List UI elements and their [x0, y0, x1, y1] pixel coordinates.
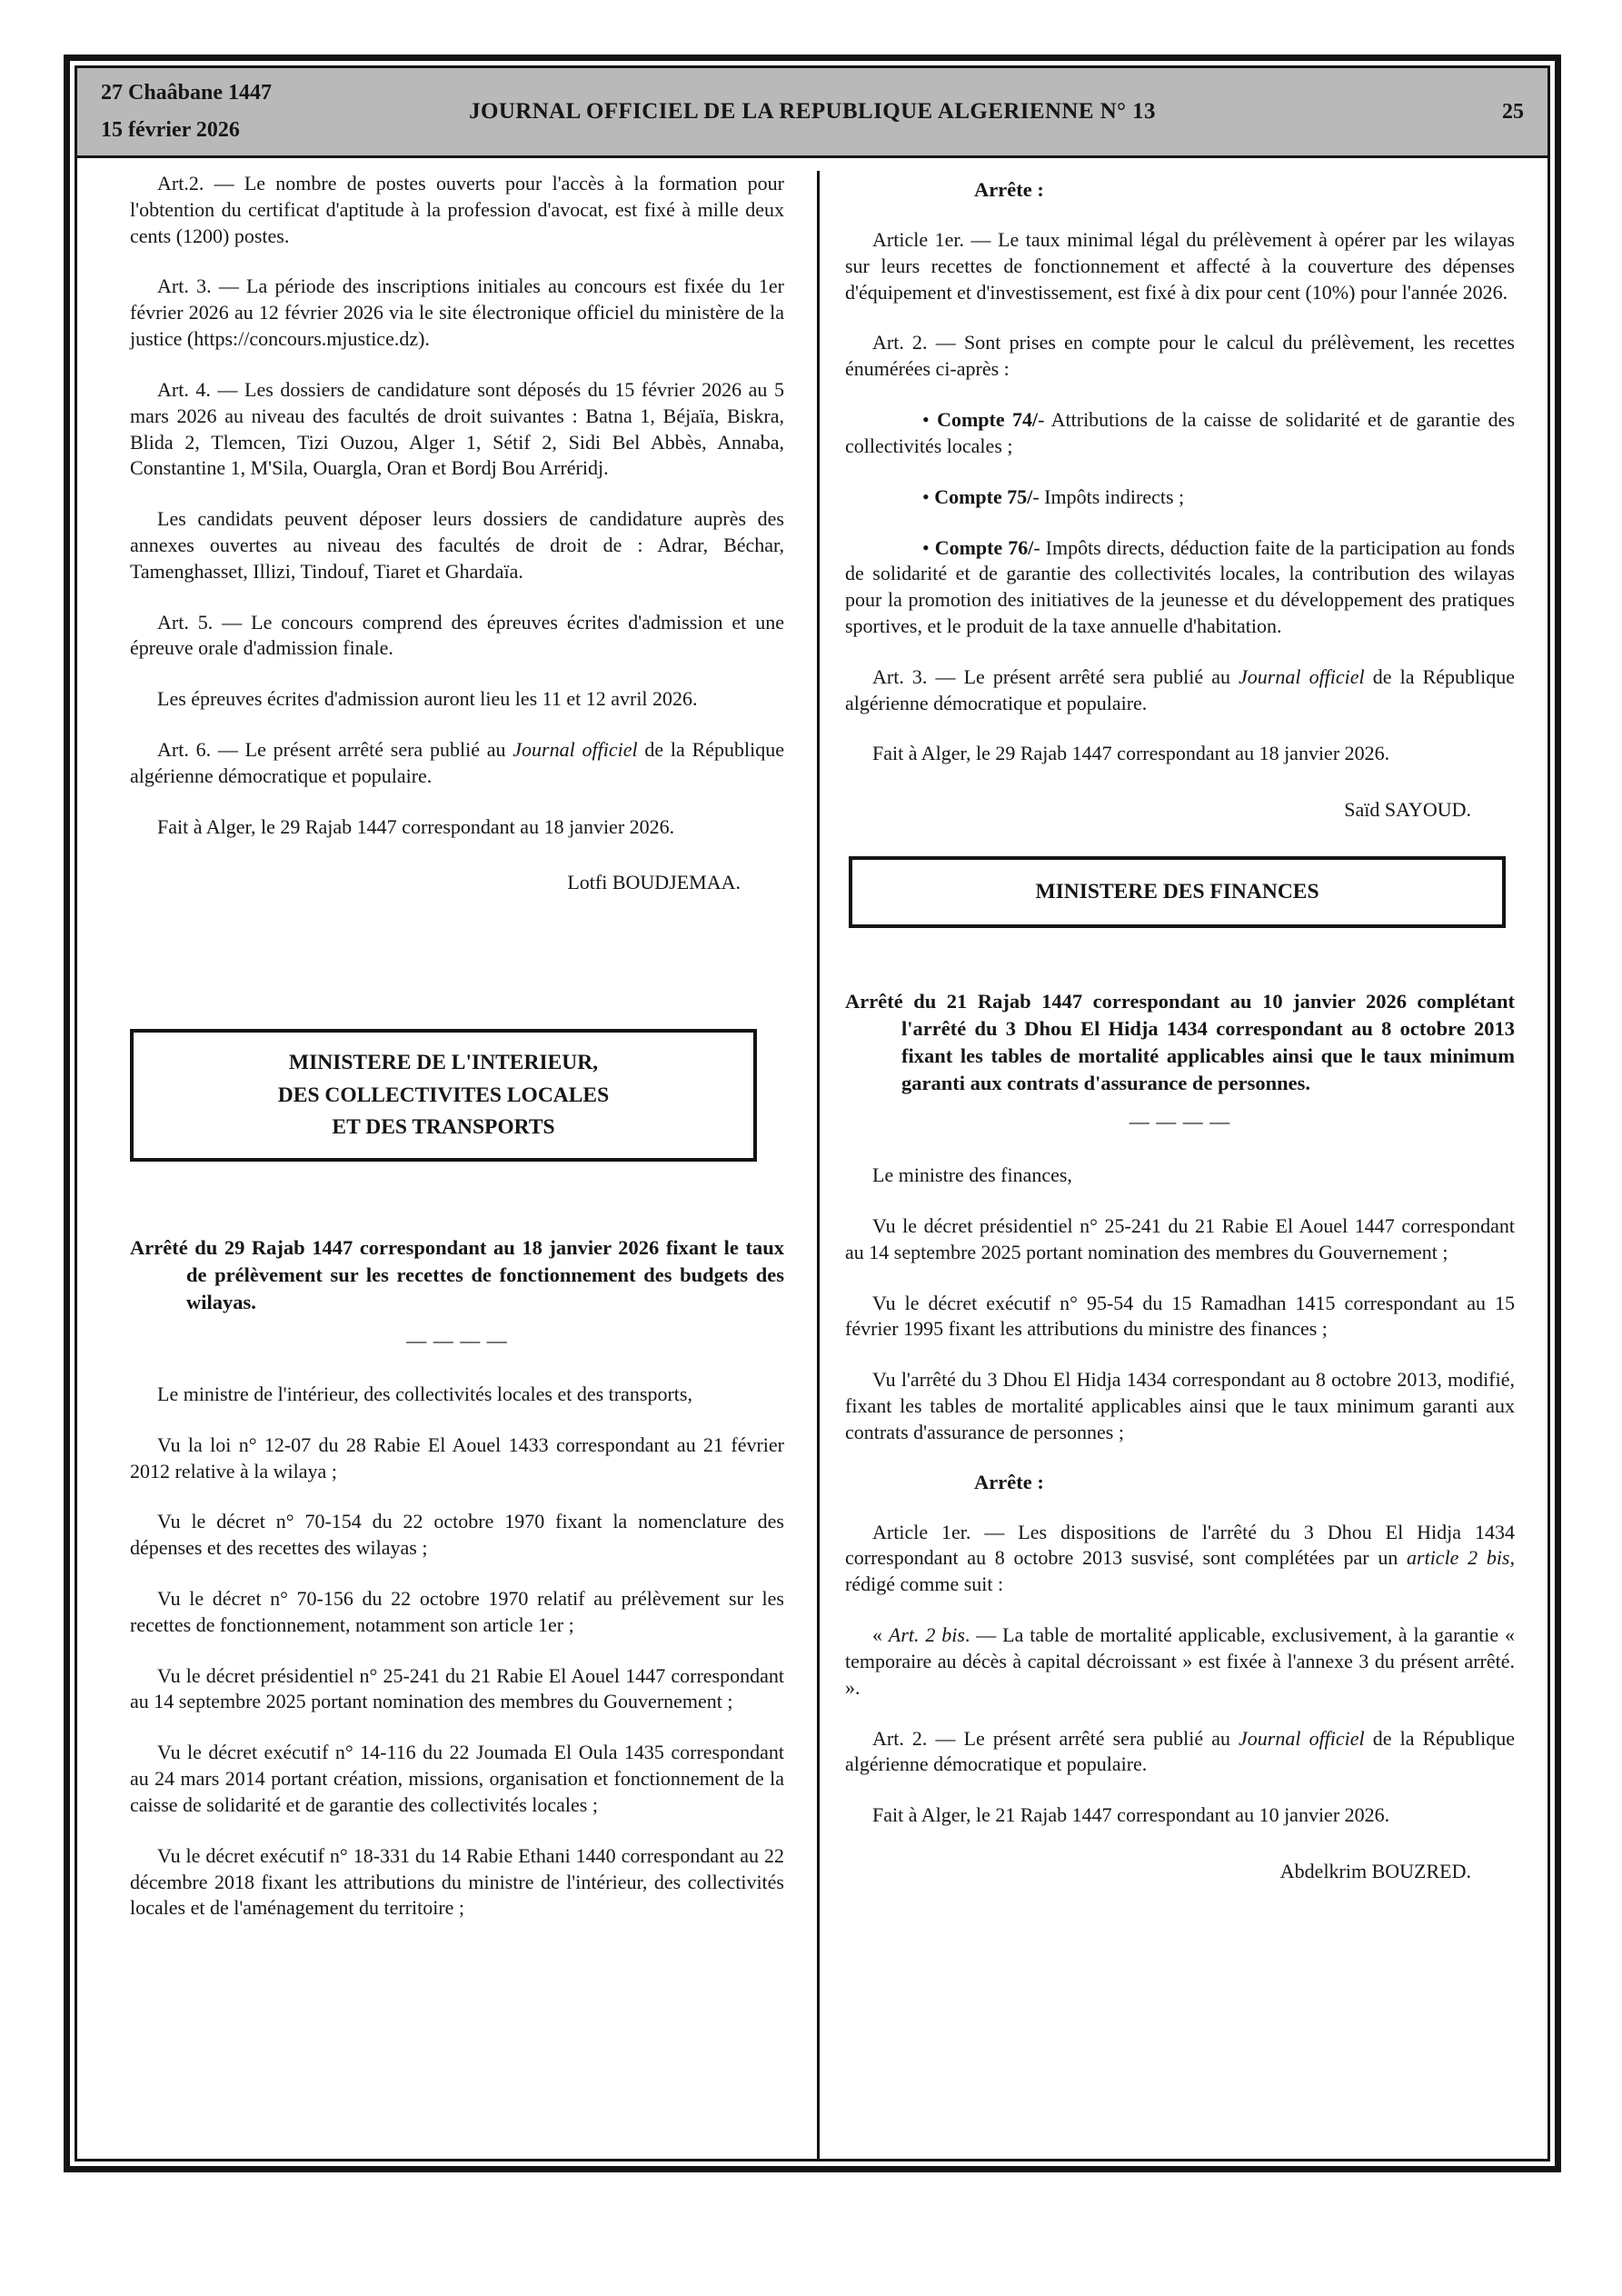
paragraph: « Art. 2 bis. — La table de mortalité ap…: [845, 1622, 1515, 1701]
paragraph: Les épreuves écrites d'admission auront …: [130, 686, 784, 713]
paragraph: Article 1er. — Le taux minimal légal du …: [845, 227, 1515, 305]
arrete-title: Arrêté du 29 Rajab 1447 correspondant au…: [130, 1234, 784, 1316]
paragraph: Art. 5. — Le concours comprend des épreu…: [130, 610, 784, 663]
right-column: Arrête : Article 1er. — Le taux minimal …: [820, 171, 1515, 2159]
page-frame: 27 Chaâbane 1447 15 février 2026 JOURNAL…: [64, 55, 1561, 2172]
page-frame-inner: 27 Chaâbane 1447 15 février 2026 JOURNAL…: [75, 65, 1550, 2161]
ministry-box-line: ET DES TRANSPORTS: [143, 1112, 744, 1143]
ministry-box-line: MINISTERE DES FINANCES: [861, 876, 1493, 908]
paragraph: Art. 4. — Les dossiers de candidature so…: [130, 377, 784, 482]
paragraph: Le ministre des finances,: [845, 1163, 1515, 1189]
separator-dashes: — — — —: [130, 1329, 784, 1353]
signature: Saïd SAYOUD.: [845, 798, 1515, 822]
paragraph: Vu le décret exécutif n° 95-54 du 15 Ram…: [845, 1291, 1515, 1343]
paragraph: Les candidats peuvent déposer leurs doss…: [130, 506, 784, 584]
paragraph: Vu le décret exécutif n° 14-116 du 22 Jo…: [130, 1740, 784, 1818]
paragraph: Article 1er. — Les dispositions de l'arr…: [845, 1520, 1515, 1598]
ministry-box-finances: MINISTERE DES FINANCES: [849, 856, 1506, 928]
paragraph: Art. 2. — Le présent arrêté sera publié …: [845, 1726, 1515, 1779]
paragraph: Art. 3. — La période des inscriptions in…: [130, 274, 784, 352]
ministry-box-interior: MINISTERE DE L'INTERIEUR, DES COLLECTIVI…: [130, 1029, 757, 1162]
account-bullet: • Compte 74/- Attributions de la caisse …: [845, 407, 1515, 460]
arrete-heading: Arrête :: [845, 1471, 1515, 1494]
header-band: 27 Chaâbane 1447 15 février 2026 JOURNAL…: [77, 68, 1547, 158]
account-bullet: • Compte 76/- Impôts directs, déduction …: [845, 535, 1515, 640]
paragraph: Fait à Alger, le 29 Rajab 1447 correspon…: [845, 741, 1515, 767]
paragraph: Fait à Alger, le 21 Rajab 1447 correspon…: [845, 1802, 1515, 1829]
paragraph: Vu la loi n° 12-07 du 28 Rabie El Aouel …: [130, 1433, 784, 1485]
paragraph: Art. 6. — Le présent arrêté sera publié …: [130, 737, 784, 790]
left-column: Art.2. — Le nombre de postes ouverts pou…: [130, 171, 784, 2159]
page-number: 25: [1502, 100, 1524, 125]
paragraph: Art. 3. — Le présent arrêté sera publié …: [845, 664, 1515, 717]
paragraph: Vu l'arrêté du 3 Dhou El Hidja 1434 corr…: [845, 1367, 1515, 1445]
account-bullet: • Compte 75/- Impôts indirects ;: [845, 484, 1515, 511]
paragraph: Le ministre de l'intérieur, des collecti…: [130, 1382, 784, 1408]
paragraph: Art. 2. — Sont prises en compte pour le …: [845, 330, 1515, 383]
paragraph: Fait à Alger, le 29 Rajab 1447 correspon…: [130, 814, 784, 841]
paragraph: Vu le décret présidentiel n° 25-241 du 2…: [130, 1663, 784, 1716]
paragraph: Vu le décret présidentiel n° 25-241 du 2…: [845, 1213, 1515, 1266]
separator-dashes: — — — —: [845, 1110, 1515, 1133]
paragraph: Art.2. — Le nombre de postes ouverts pou…: [130, 171, 784, 249]
journal-title: JOURNAL OFFICIEL DE LA REPUBLIQUE ALGERI…: [77, 99, 1547, 125]
ministry-box-line: MINISTERE DE L'INTERIEUR,: [143, 1047, 744, 1079]
paragraph: Vu le décret exécutif n° 18-331 du 14 Ra…: [130, 1843, 784, 1922]
arrete-title: Arrêté du 21 Rajab 1447 correspondant au…: [845, 988, 1515, 1097]
paragraph: Vu le décret n° 70-156 du 22 octobre 197…: [130, 1586, 784, 1639]
page-content: Art.2. — Le nombre de postes ouverts pou…: [77, 158, 1547, 2159]
ministry-box-line: DES COLLECTIVITES LOCALES: [143, 1080, 744, 1112]
paragraph: Vu le décret n° 70-154 du 22 octobre 197…: [130, 1509, 784, 1562]
signature: Lotfi BOUDJEMAA.: [130, 871, 784, 894]
arrete-heading: Arrête :: [845, 178, 1515, 202]
signature: Abdelkrim BOUZRED.: [845, 1860, 1515, 1883]
